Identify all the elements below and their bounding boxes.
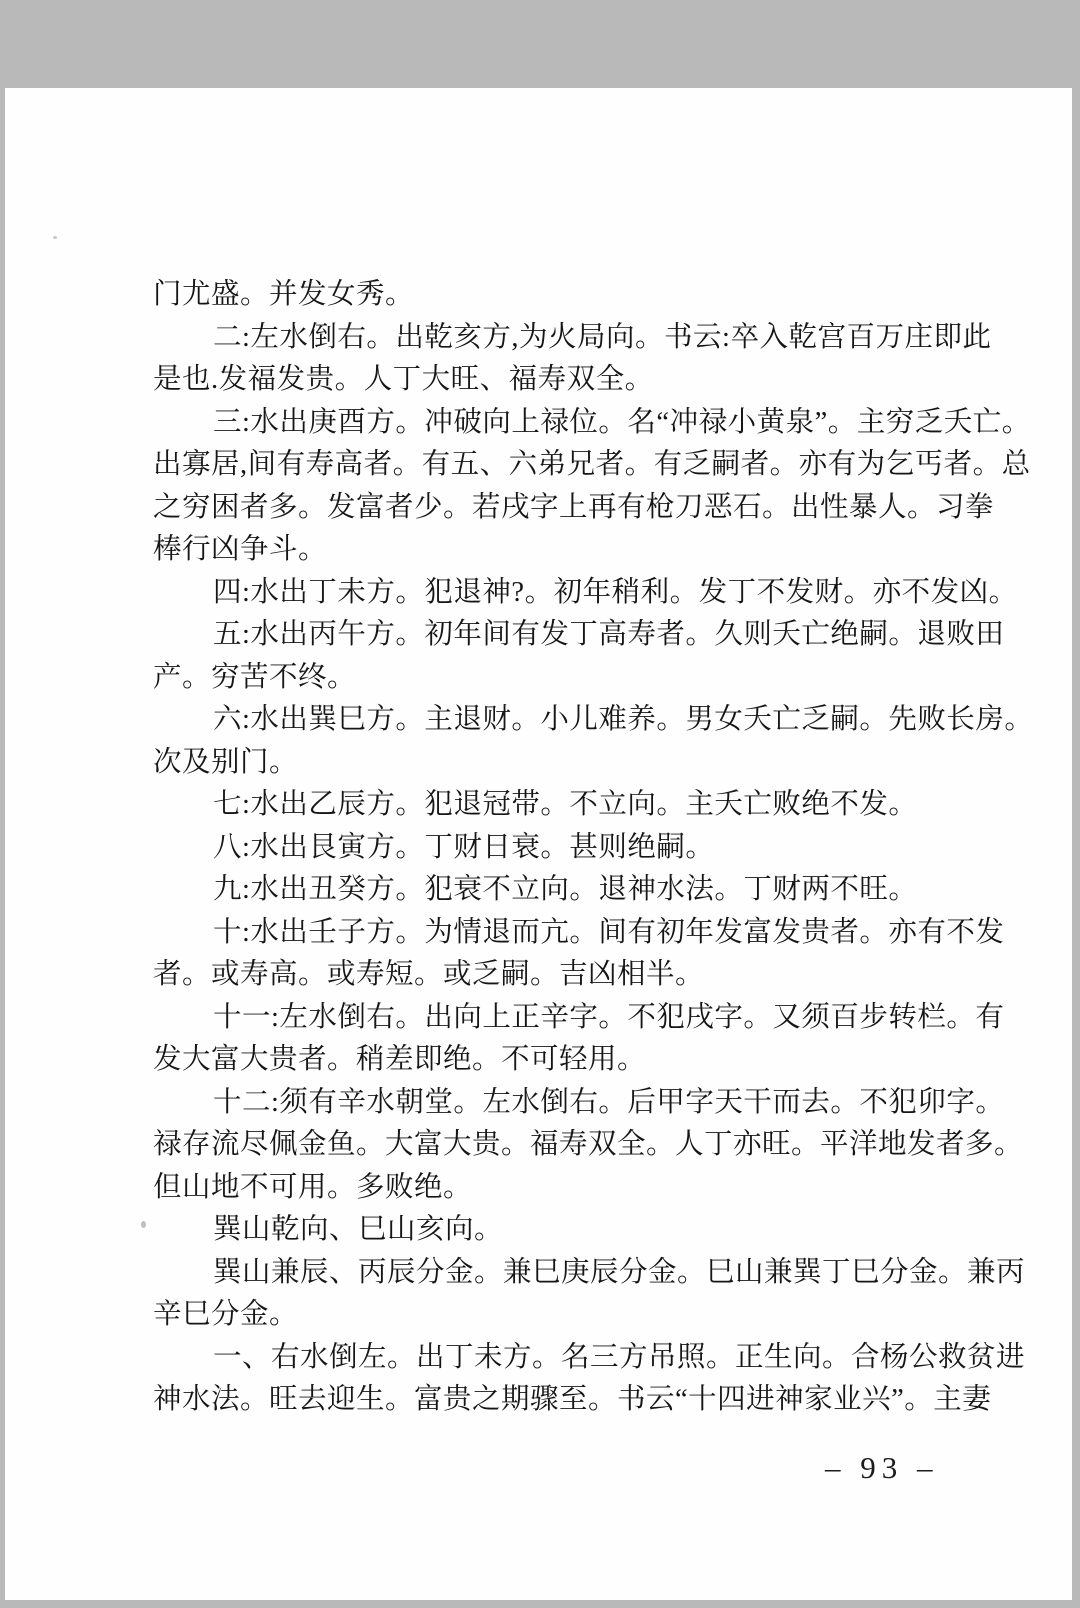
text-line: 八:水出艮寅方。丁财日衰。甚则绝嗣。 (153, 827, 941, 870)
text-line: 四:水出丁未方。犯退神?。初年稍利。发丁不发财。亦不发凶。 (153, 572, 941, 615)
text-line: 门尤盛。并发女秀。 (153, 274, 941, 317)
text-line: 六:水出巽巳方。主退财。小儿难养。男女夭亡乏嗣。先败长房。 (153, 699, 941, 742)
text-line: 三:水出庚酉方。冲破向上禄位。名“冲禄小黄泉”。主穷乏夭亡。 (153, 402, 941, 445)
scan-speck (53, 236, 57, 239)
body-text-block: 门尤盛。并发女秀。二:左水倒右。出乾亥方,为火局向。书云:卒入乾宫百万庄即此是也… (153, 274, 941, 1422)
text-line: 出寡居,间有寿高者。有五、六弟兄者。有乏嗣者。亦有为乞丐者。总 (153, 444, 941, 487)
text-line: 禄存流尽佩金鱼。大富大贵。福寿双全。人丁亦旺。平洋地发者多。 (153, 1124, 941, 1167)
text-line: 巽山乾向、巳山亥向。 (153, 1209, 941, 1252)
text-line: 巽山兼辰、丙辰分金。兼巳庚辰分金。巳山兼巽丁巳分金。兼丙 (153, 1252, 941, 1295)
scanned-book-page: 门尤盛。并发女秀。二:左水倒右。出乾亥方,为火局向。书云:卒入乾宫百万庄即此是也… (0, 0, 1080, 1608)
text-line: 十一:左水倒右。出向上正辛字。不犯戌字。又须百步转栏。有 (153, 997, 941, 1040)
text-line: 五:水出丙午方。初年间有发丁高寿者。久则夭亡绝嗣。退败田 (153, 614, 941, 657)
text-line: 是也.发福发贵。人丁大旺、福寿双全。 (153, 359, 941, 402)
text-line: 者。或寿高。或寿短。或乏嗣。吉凶相半。 (153, 954, 941, 997)
text-line: 一、右水倒左。出丁未方。名三方吊照。正生向。合杨公救贫进 (153, 1337, 941, 1380)
text-line: 产。穷苦不终。 (153, 657, 941, 700)
scan-speck (141, 1221, 146, 1228)
text-line: 棒行凶争斗。 (153, 529, 941, 572)
text-line: 九:水出丑癸方。犯衰不立向。退神水法。丁财两不旺。 (153, 869, 941, 912)
text-line: 十二:须有辛水朝堂。左水倒右。后甲字天干而去。不犯卯字。 (153, 1082, 941, 1125)
text-line: 二:左水倒右。出乾亥方,为火局向。书云:卒入乾宫百万庄即此 (153, 317, 941, 360)
page-number: – 93 – (825, 1450, 939, 1486)
text-line: 之穷困者多。发富者少。若戌字上再有枪刀恶石。出性暴人。习拳 (153, 487, 941, 530)
text-line: 七:水出乙辰方。犯退冠带。不立向。主夭亡败绝不发。 (153, 784, 941, 827)
text-line: 辛巳分金。 (153, 1294, 941, 1337)
text-line: 发大富大贵者。稍差即绝。不可轻用。 (153, 1039, 941, 1082)
text-line: 但山地不可用。多败绝。 (153, 1167, 941, 1210)
text-line: 次及别门。 (153, 742, 941, 785)
paper-page: 门尤盛。并发女秀。二:左水倒右。出乾亥方,为火局向。书云:卒入乾宫百万庄即此是也… (5, 88, 1072, 1600)
text-line: 神水法。旺去迎生。富贵之期骤至。书云“十四进神家业兴”。主妻 (153, 1379, 941, 1422)
text-line: 十:水出壬子方。为情退而亢。间有初年发富发贵者。亦有不发 (153, 912, 941, 955)
